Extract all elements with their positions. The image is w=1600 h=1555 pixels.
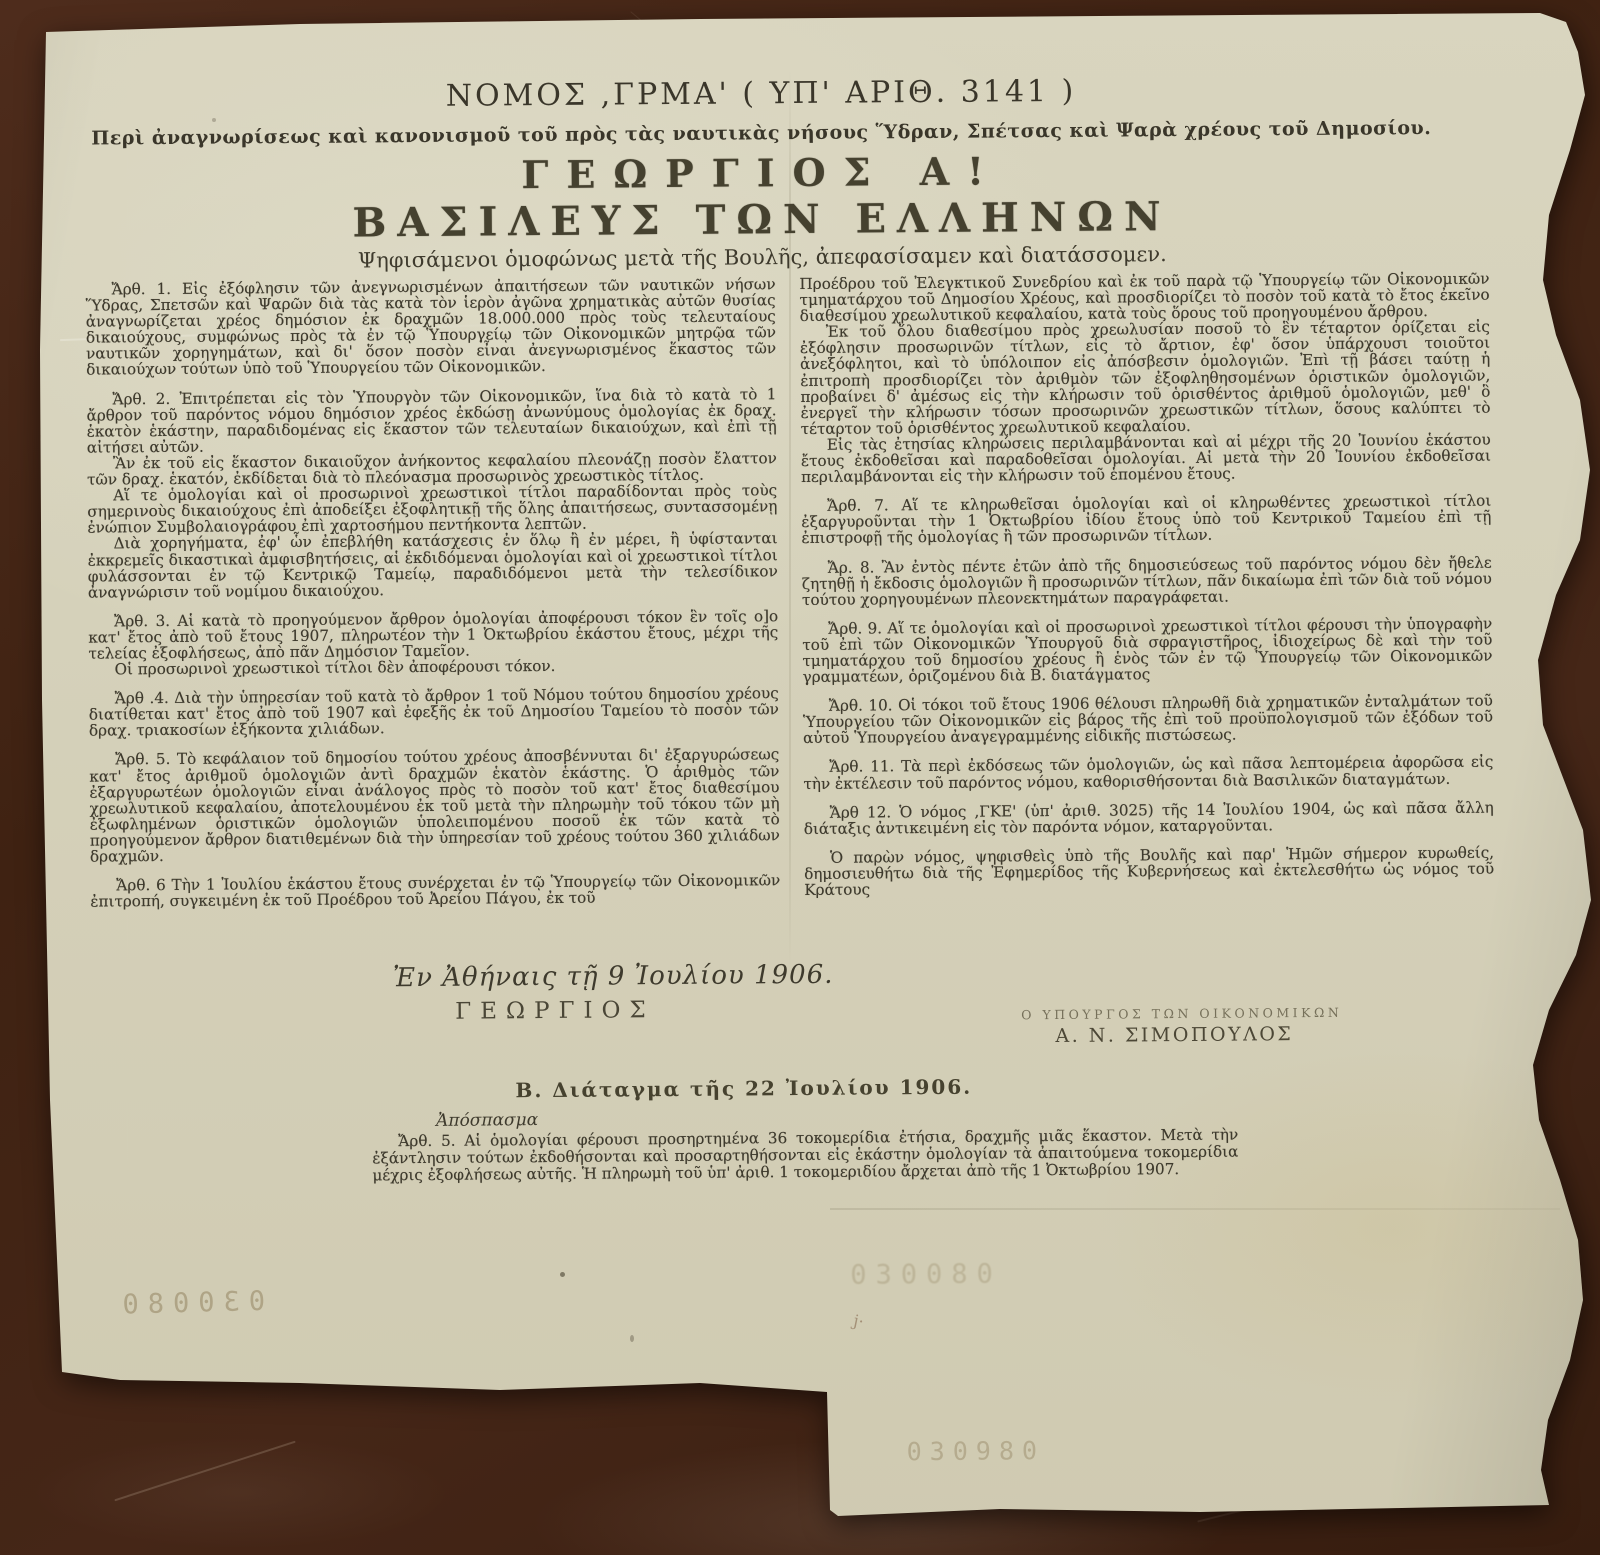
excerpt-paragraph: Ἄρθ. 5. Αἱ ὁμολογίαι φέρουσι προσηρτημέν… bbox=[372, 1127, 1238, 1185]
law-paragraph: Προέδρου τοῦ Ἐλεγκτικοῦ Συνεδρίου καὶ ἐκ… bbox=[799, 271, 1489, 325]
ink-smudge-mark: ϳ· bbox=[852, 1311, 866, 1332]
place-and-date-line: Ἐν Ἀθήναις τῇ 9 Ἰουλίου 1906. bbox=[393, 960, 834, 993]
king-signature: ΓΕΩΡΓΙΟΣ bbox=[455, 997, 655, 1025]
law-number-heading: ΝΟΜΟΣ ,ΓΡΜΑ' ( ΥΠ' ΑΡΙΘ. 3141 ) bbox=[0, 70, 1526, 117]
law-paragraph: Ἄρθ. 10. Οἱ τόκοι τοῦ ἔτους 1906 θέλουσι… bbox=[803, 693, 1493, 747]
law-paragraph: Διὰ χορηγήματα, ἐφ' ὧν ἐπεβλήθη κατάσχεσ… bbox=[87, 531, 777, 601]
printed-content: ΝΟΜΟΣ ,ΓΡΜΑ' ( ΥΠ' ΑΡΙΘ. 3141 ) Περὶ ἀνα… bbox=[0, 0, 1600, 1555]
document-sheet-wrapper: ΝΟΜΟΣ ,ΓΡΜΑ' ( ΥΠ' ΑΡΙΘ. 3141 ) Περὶ ἀνα… bbox=[0, 0, 1600, 1555]
law-paragraph: Ἄρθ. 1. Εἰς ἐξόφλησιν τῶν ἀνεγνωρισμένων… bbox=[85, 276, 776, 378]
royal-decree-heading: Β. Διάταγμα τῆς 22 Ἰουλίου 1906. bbox=[4, 1071, 1484, 1107]
law-paragraph: Ἄρ. 8. Ἂν ἐντὸς πέντε ἐτῶν ἀπὸ τῆς δημοσ… bbox=[802, 554, 1492, 608]
law-paragraph: Ἄρθ .4. Διὰ τὴν ὑπηρεσίαν τοῦ κατὰ τὸ ἄρ… bbox=[89, 685, 779, 739]
serial-number-stamp-faint: 030080 bbox=[850, 1258, 1002, 1290]
left-column: Ἄρθ. 1. Εἰς ἐξόφλησιν τῶν ἀνεγνωρισμένων… bbox=[85, 276, 780, 910]
minister-name: Α. Ν. ΣΙΜΟΠΟΥΛΟΣ bbox=[1055, 1023, 1293, 1047]
law-paragraph: Ἄρθ. 2. Ἐπιτρέπεται εἰς τὸν Ὑπουργὸν τῶν… bbox=[86, 386, 776, 456]
law-paragraph: Εἰς τὰς ἐτησίας κληρώσεις περιλαμβάνοντα… bbox=[801, 432, 1491, 486]
law-paragraph: Ἄρθ. 7. Αἵ τε κληρωθεῖσαι ὁμολογίαι καὶ … bbox=[801, 493, 1491, 547]
serial-number-stamp-tab: 030980 bbox=[907, 1436, 1046, 1466]
law-paragraph: Ἐκ τοῦ ὅλου διαθεσίμου πρὸς χρεωλυσίαν π… bbox=[800, 319, 1491, 437]
law-paragraph: Ἄρθ. 11. Τὰ περὶ ἐκδόσεως τῶν ὁμολογιῶν,… bbox=[803, 754, 1493, 792]
excerpt-label: Ἀπόσπασμα bbox=[436, 1110, 538, 1131]
law-paragraph: Αἵ τε ὁμολογίαι καὶ οἱ προσωρινοὶ χρεωστ… bbox=[87, 482, 777, 536]
law-paragraph: Ἄρθ. 5. Τὸ κεφάλαιον τοῦ δημοσίου τούτου… bbox=[89, 747, 780, 865]
law-paragraph: Ἄρθ. 9. Αἵ τε ὁμολογίαι καὶ οἱ προσωρινο… bbox=[802, 615, 1492, 685]
law-paragraph: Οἱ προσωρινοὶ χρεωστικοὶ τίτλοι δὲν ἀποφ… bbox=[88, 656, 778, 678]
law-paragraph: Ὁ παρὼν νόμος, ψηφισθεὶς ὑπὸ τῆς Βουλῆς … bbox=[804, 844, 1494, 898]
law-paragraph: Ἄρθ. 6 Τὴν 1 Ἰουλίου ἑκάστου ἔτους συνέρ… bbox=[90, 872, 780, 910]
document-sheet: ΝΟΜΟΣ ,ΓΡΜΑ' ( ΥΠ' ΑΡΙΘ. 3141 ) Περὶ ἀνα… bbox=[0, 0, 1600, 1555]
law-paragraph: Ἄρθ 12. Ὁ νόμος ,ΓΚΕ' (ὑπ' ἀριθ. 3025) τ… bbox=[804, 799, 1494, 837]
photo-of-document: { "document": { "header": { "law_number"… bbox=[0, 0, 1600, 1555]
law-paragraph: Ἄρθ. 3. Αἱ κατὰ τὸ προηγούμενον ἄρθρον ὁ… bbox=[88, 608, 778, 662]
right-column: Προέδρου τοῦ Ἐλεγκτικοῦ Συνεδρίου καὶ ἐκ… bbox=[799, 271, 1494, 905]
serial-number-stamp-mirrored: 030080 bbox=[113, 1286, 265, 1321]
two-column-law-text: Ἄρθ. 1. Εἰς ἐξόφλησιν τῶν ἀνεγνωρισμένων… bbox=[85, 271, 1494, 910]
minister-title: Ο ΥΠΟΥΡΓΟΣ ΤΩΝ ΟΙΚΟΝΟΜΙΚΩΝ bbox=[1021, 1005, 1342, 1023]
